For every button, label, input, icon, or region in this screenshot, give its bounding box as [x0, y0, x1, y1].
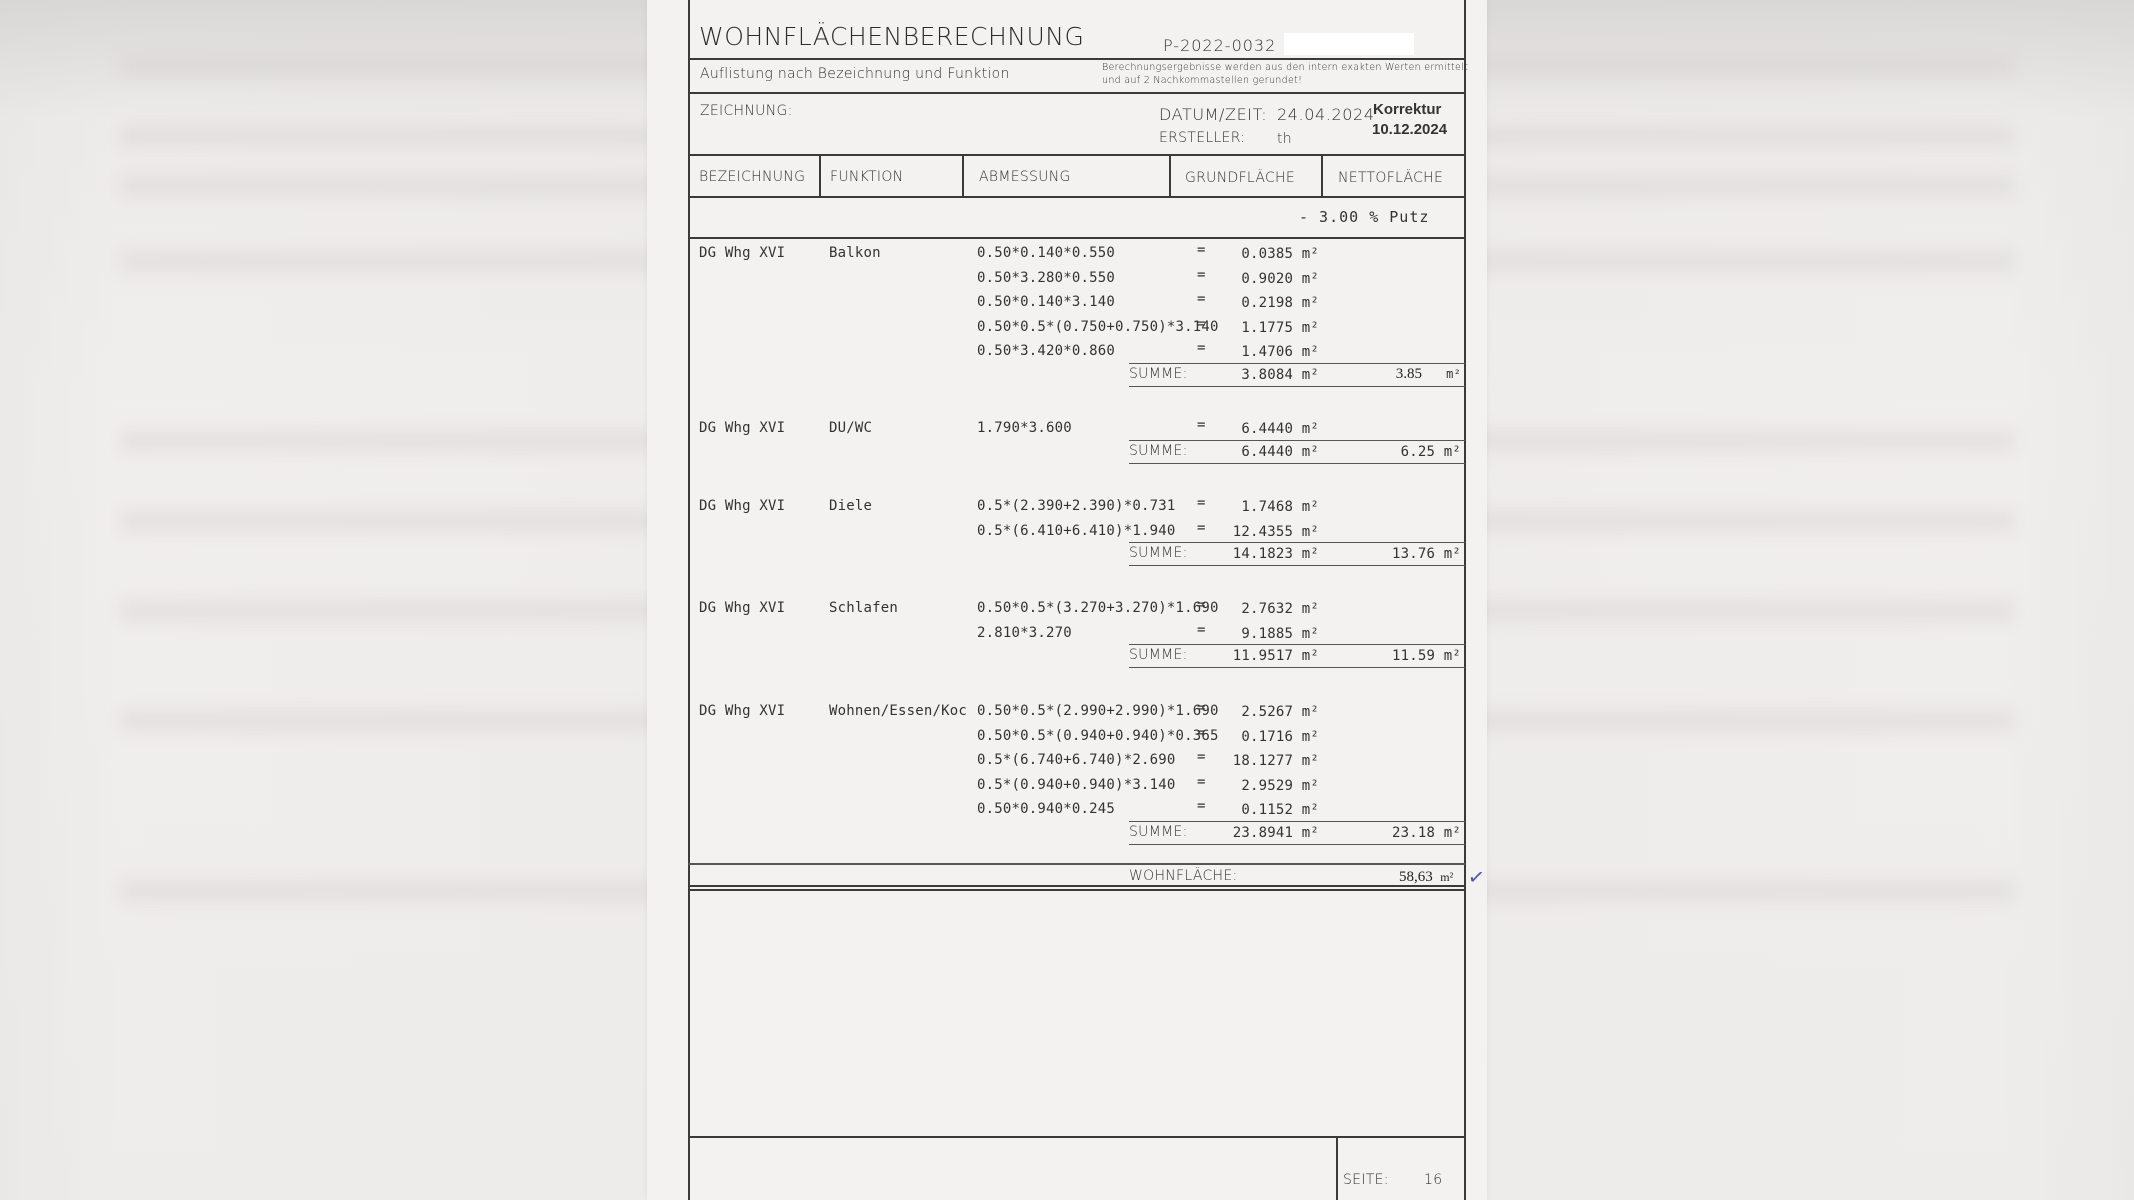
area-value: 0.2198 m²	[1241, 295, 1319, 311]
sum-grundflaeche: 23.8941 m²	[1233, 825, 1319, 841]
dimension-formula: 0.5*(6.740+6.740)*2.690	[977, 752, 1175, 768]
equals-sign: =	[1197, 725, 1206, 741]
area-value: 1.1775 m²	[1241, 320, 1319, 336]
dimension-formula: 0.5*(6.410+6.410)*1.940	[977, 523, 1175, 539]
area-value: 12.4355 m²	[1233, 524, 1319, 540]
sum-divider	[1129, 463, 1465, 464]
area-value: 2.9529 m²	[1241, 778, 1319, 794]
footer-divider	[688, 1136, 1465, 1138]
author-label: ERSTELLER:	[1159, 130, 1245, 146]
sum-divider	[1129, 821, 1465, 822]
dimension-formula: 0.5*(0.940+0.940)*3.140	[977, 777, 1175, 793]
equals-sign: =	[1197, 622, 1206, 638]
sum-divider	[1129, 844, 1465, 845]
author-value: th	[1277, 131, 1292, 147]
room-function: Balkon	[829, 245, 881, 261]
sum-grundflaeche: 14.1823 m²	[1233, 546, 1319, 562]
column-divider	[819, 154, 821, 196]
sum-grundflaeche: 3.8084 m²	[1241, 367, 1319, 383]
sum-label: SUMME:	[1129, 443, 1188, 459]
room-designation: DG Whg XVI	[699, 703, 785, 719]
area-value: 0.9020 m²	[1241, 271, 1319, 287]
column-header-grundflaeche: GRUNDFLÄCHE	[1185, 170, 1295, 186]
project-number: P-2022-0032	[1163, 36, 1276, 55]
sum-nettoflaeche: 11.59 m²	[1392, 648, 1461, 664]
sum-divider	[1129, 386, 1465, 387]
sum-divider	[1129, 667, 1465, 668]
sum-unit: m²	[1446, 367, 1461, 381]
sum-divider	[1129, 565, 1465, 566]
check-mark-icon: ✓	[1466, 864, 1486, 890]
sum-label: SUMME:	[1129, 647, 1188, 663]
divider	[688, 196, 1465, 198]
equals-sign: =	[1197, 316, 1206, 332]
room-designation: DG Whg XVI	[699, 600, 785, 616]
frame-right-border	[1464, 0, 1466, 1200]
dimension-formula: 2.810*3.270	[977, 625, 1072, 641]
column-header-abmessung: ABMESSUNG	[979, 169, 1071, 185]
dimension-formula: 0.5*(2.390+2.390)*0.731	[977, 498, 1175, 514]
correction-label: Korrektur	[1373, 100, 1441, 120]
page-number: 16	[1424, 1172, 1442, 1188]
divider	[688, 58, 1465, 60]
equals-sign: =	[1197, 798, 1206, 814]
rounding-note-line2: und auf 2 Nachkommastellen gerundet!	[1102, 74, 1302, 87]
sum-nettoflaeche: 6.25 m²	[1401, 444, 1461, 460]
sum-divider	[1129, 644, 1465, 645]
sum-label: SUMME:	[1129, 545, 1188, 561]
divider	[688, 237, 1465, 239]
divider	[688, 863, 1465, 865]
column-divider	[1169, 154, 1171, 196]
equals-sign: =	[1197, 749, 1206, 765]
room-designation: DG Whg XVI	[699, 245, 785, 261]
area-value: 9.1885 m²	[1241, 626, 1319, 642]
double-divider	[688, 889, 1465, 891]
area-value: 2.7632 m²	[1241, 601, 1319, 617]
area-value: 1.4706 m²	[1241, 344, 1319, 360]
total-unit: m²	[1440, 870, 1453, 884]
area-value: 0.1152 m²	[1241, 802, 1319, 818]
divider	[688, 154, 1465, 156]
frame-left-border	[688, 0, 690, 1200]
document-page: WOHNFLÄCHENBERECHNUNG P-2022-0032 Auflis…	[647, 0, 1487, 1200]
equals-sign: =	[1197, 267, 1206, 283]
dimension-formula: 0.50*3.280*0.550	[977, 270, 1115, 286]
sum-nettoflaeche: 3.85	[1396, 366, 1422, 383]
total-value: 58,63 m²	[1399, 869, 1453, 886]
equals-sign: =	[1197, 597, 1206, 613]
equals-sign: =	[1197, 242, 1206, 258]
drawing-label: ZEICHNUNG:	[700, 103, 793, 119]
dimension-formula: 0.50*3.420*0.860	[977, 343, 1115, 359]
dimension-formula: 0.50*0.140*3.140	[977, 294, 1115, 310]
equals-sign: =	[1197, 417, 1206, 433]
dimension-formula: 0.50*0.140*0.550	[977, 245, 1115, 261]
subtitle: Auflistung nach Bezeichnung und Funktion	[700, 66, 1010, 82]
room-function: DU/WC	[829, 420, 872, 436]
sum-nettoflaeche: 23.18 m²	[1392, 825, 1461, 841]
page-box-divider	[1336, 1136, 1338, 1200]
area-value: 0.0385 m²	[1241, 246, 1319, 262]
double-divider	[688, 885, 1465, 887]
dimension-formula: 0.50*0.5*(2.990+2.990)*1.690	[977, 703, 1219, 719]
sum-grundflaeche: 11.9517 m²	[1233, 648, 1319, 664]
column-header-bezeichnung: BEZEICHNUNG	[699, 169, 805, 185]
room-function: Wohnen/Essen/Koc	[829, 703, 967, 719]
plaster-deduction: - 3.00 % Putz	[1299, 208, 1429, 226]
equals-sign: =	[1197, 520, 1206, 536]
equals-sign: =	[1197, 340, 1206, 356]
room-designation: DG Whg XVI	[699, 498, 785, 514]
equals-sign: =	[1197, 700, 1206, 716]
sum-divider	[1129, 440, 1465, 441]
date-label: DATUM/ZEIT:	[1159, 105, 1267, 124]
area-value: 1.7468 m²	[1241, 499, 1319, 515]
area-value: 0.1716 m²	[1241, 729, 1319, 745]
equals-sign: =	[1197, 291, 1206, 307]
room-designation: DG Whg XVI	[699, 420, 785, 436]
dimension-formula: 1.790*3.600	[977, 420, 1072, 436]
area-value: 18.1277 m²	[1233, 753, 1319, 769]
correction-date: 10.12.2024	[1372, 120, 1447, 140]
equals-sign: =	[1197, 774, 1206, 790]
column-divider	[962, 154, 964, 196]
sum-divider	[1129, 542, 1465, 543]
sum-nettoflaeche: 13.76 m²	[1392, 546, 1461, 562]
equals-sign: =	[1197, 495, 1206, 511]
dimension-formula: 0.50*0.5*(0.750+0.750)*3.140	[977, 319, 1219, 335]
dimension-formula: 0.50*0.5*(3.270+3.270)*1.690	[977, 600, 1219, 616]
date-value: 24.04.2024	[1277, 105, 1375, 124]
total-number: 58,63	[1399, 869, 1433, 885]
sum-divider	[1129, 363, 1465, 364]
column-header-funktion: FUNKTION	[830, 169, 903, 185]
document-title: WOHNFLÄCHENBERECHNUNG	[699, 22, 1084, 51]
room-function: Diele	[829, 498, 872, 514]
room-function: Schlafen	[829, 600, 898, 616]
sum-grundflaeche: 6.4440 m²	[1241, 444, 1319, 460]
divider	[688, 92, 1465, 94]
total-label: WOHNFLÄCHE:	[1129, 868, 1238, 884]
column-divider	[1321, 154, 1323, 196]
page-label: SEITE:	[1343, 1172, 1389, 1188]
area-value: 2.5267 m²	[1241, 704, 1319, 720]
sum-label: SUMME:	[1129, 824, 1188, 840]
dimension-formula: 0.50*0.940*0.245	[977, 801, 1115, 817]
sum-label: SUMME:	[1129, 366, 1188, 382]
rounding-note-line1: Berechnungsergebnisse werden aus den int…	[1102, 61, 1468, 74]
area-value: 6.4440 m²	[1241, 421, 1319, 437]
dimension-formula: 0.50*0.5*(0.940+0.940)*0.365	[977, 728, 1219, 744]
column-header-nettoflaeche: NETTOFLÄCHE	[1338, 170, 1443, 186]
redacted-field	[1284, 33, 1414, 55]
